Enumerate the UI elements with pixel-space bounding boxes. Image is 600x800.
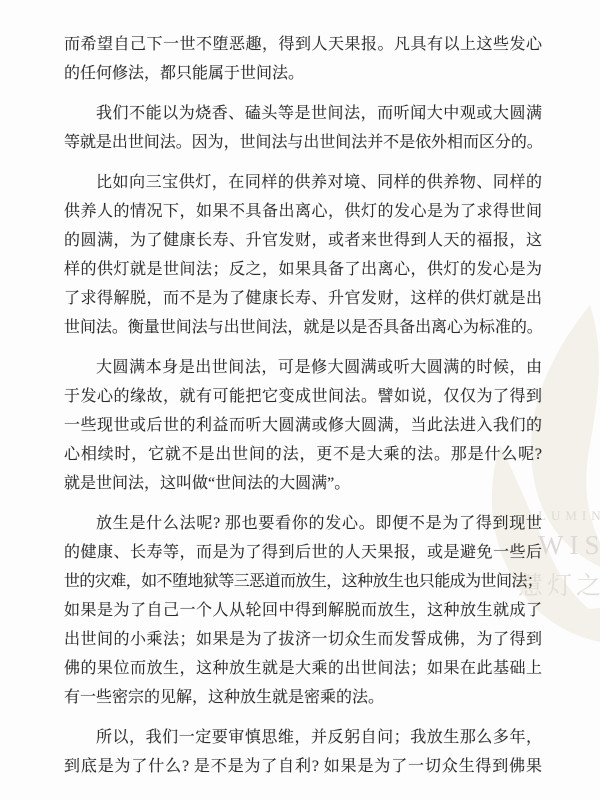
text-line: 比如向三宝供灯，在同样的供养对境、同样的供养物、同样的 (64, 168, 542, 197)
watermark-wisdom-label: WISDOM (538, 530, 600, 561)
watermark-luminous-label: LUMINOUS (538, 508, 600, 524)
paragraph-6: 所以，我们一定要审慎思维，并反躬自问；我放生那么多年， 到底是为了什么? 是不是… (64, 723, 542, 781)
paragraph-1: 而希望自己下一世不堕恶趣，得到人天果报。凡具有以上这些发心 的任何修法，都只能属… (64, 30, 542, 88)
text-line: 世间法。衡量世间法与出世间法，就是以是否具备出离心为标准的。 (64, 313, 542, 342)
text-line: 心相续时，它就不是出世间的法，更不是大乘的法。那是什么呢? (64, 440, 542, 469)
text-line: 的任何修法，都只能属于世间法。 (64, 59, 542, 88)
text-line: 所以，我们一定要审慎思维，并反躬自问；我放生那么多年， (64, 723, 542, 752)
text-line: 样的供灯就是世间法；反之，如果具备了出离心，供灯的发心是为 (64, 255, 542, 284)
text-line: 我们不能以为烧香、磕头等是世间法，而听闻大中观或大圆满 (64, 99, 542, 128)
text-line: 到底是为了什么? 是不是为了自利? 如果是为了一切众生得到佛果 (64, 752, 542, 781)
text-line: 佛的果位而放生，这种放生就是大乘的出世间法；如果在此基础上 (64, 654, 542, 683)
text-line: 的圆满，为了健康长寿、升官发财，或者来世得到人天的福报，这 (64, 226, 542, 255)
text-line: 放生是什么法呢? 那也要看你的发心。即便不是为了得到现世 (64, 509, 542, 538)
text-line: 世的灾难，如不堕地狱等三恶道而放生，这种放生也只能成为世间法； (64, 567, 542, 596)
text-line: 了求得解脱，而不是为了健康长寿、升官发财，这样的供灯就是出 (64, 284, 542, 313)
text-line: 的健康、长寿等，而是为了得到后世的人天果报，或是避免一些后 (64, 538, 542, 567)
watermark: LUMINOUS WISDOM 慧灯之光 (538, 508, 600, 602)
text-line: 如果是为了自己一个人从轮回中得到解脱而放生，这种放生就成了 (64, 596, 542, 625)
text-line: 就是世间法，这叫做“世间法的大圆满”。 (64, 469, 542, 498)
text-line: 于发心的缘故，就有可能把它变成世间法。譬如说，仅仅为了得到 (64, 382, 542, 411)
text-line: 大圆满本身是出世间法，可是修大圆满或听大圆满的时候，由 (64, 353, 542, 382)
text-line: 供养人的情况下，如果不具备出离心，供灯的发心是为了求得世间 (64, 197, 542, 226)
page-text: 而希望自己下一世不堕恶趣，得到人天果报。凡具有以上这些发心 的任何修法，都只能属… (64, 30, 542, 792)
text-line: 一些现世或后世的利益而听大圆满或修大圆满，当此法进入我们的 (64, 411, 542, 440)
paragraph-2: 我们不能以为烧香、磕头等是世间法，而听闻大中观或大圆满 等就是出世间法。因为，世… (64, 99, 542, 157)
paragraph-4: 大圆满本身是出世间法，可是修大圆满或听大圆满的时候，由 于发心的缘故，就有可能把… (64, 353, 542, 498)
paragraph-3: 比如向三宝供灯，在同样的供养对境、同样的供养物、同样的 供养人的情况下，如果不具… (64, 168, 542, 342)
paragraph-5: 放生是什么法呢? 那也要看你的发心。即便不是为了得到现世 的健康、长寿等，而是为… (64, 509, 542, 712)
text-line: 出世间的小乘法；如果是为了拔济一切众生而发誓成佛，为了得到 (64, 625, 542, 654)
text-line: 而希望自己下一世不堕恶趣，得到人天果报。凡具有以上这些发心 (64, 30, 542, 59)
book-page: LUMINOUS WISDOM 慧灯之光 而希望自己下一世不堕恶趣，得到人天果报… (0, 0, 600, 800)
text-line: 等就是出世间法。因为，世间法与出世间法并不是依外相而区分的。 (64, 128, 542, 157)
text-line: 有一些密宗的见解，这种放生就是密乘的法。 (64, 683, 542, 712)
